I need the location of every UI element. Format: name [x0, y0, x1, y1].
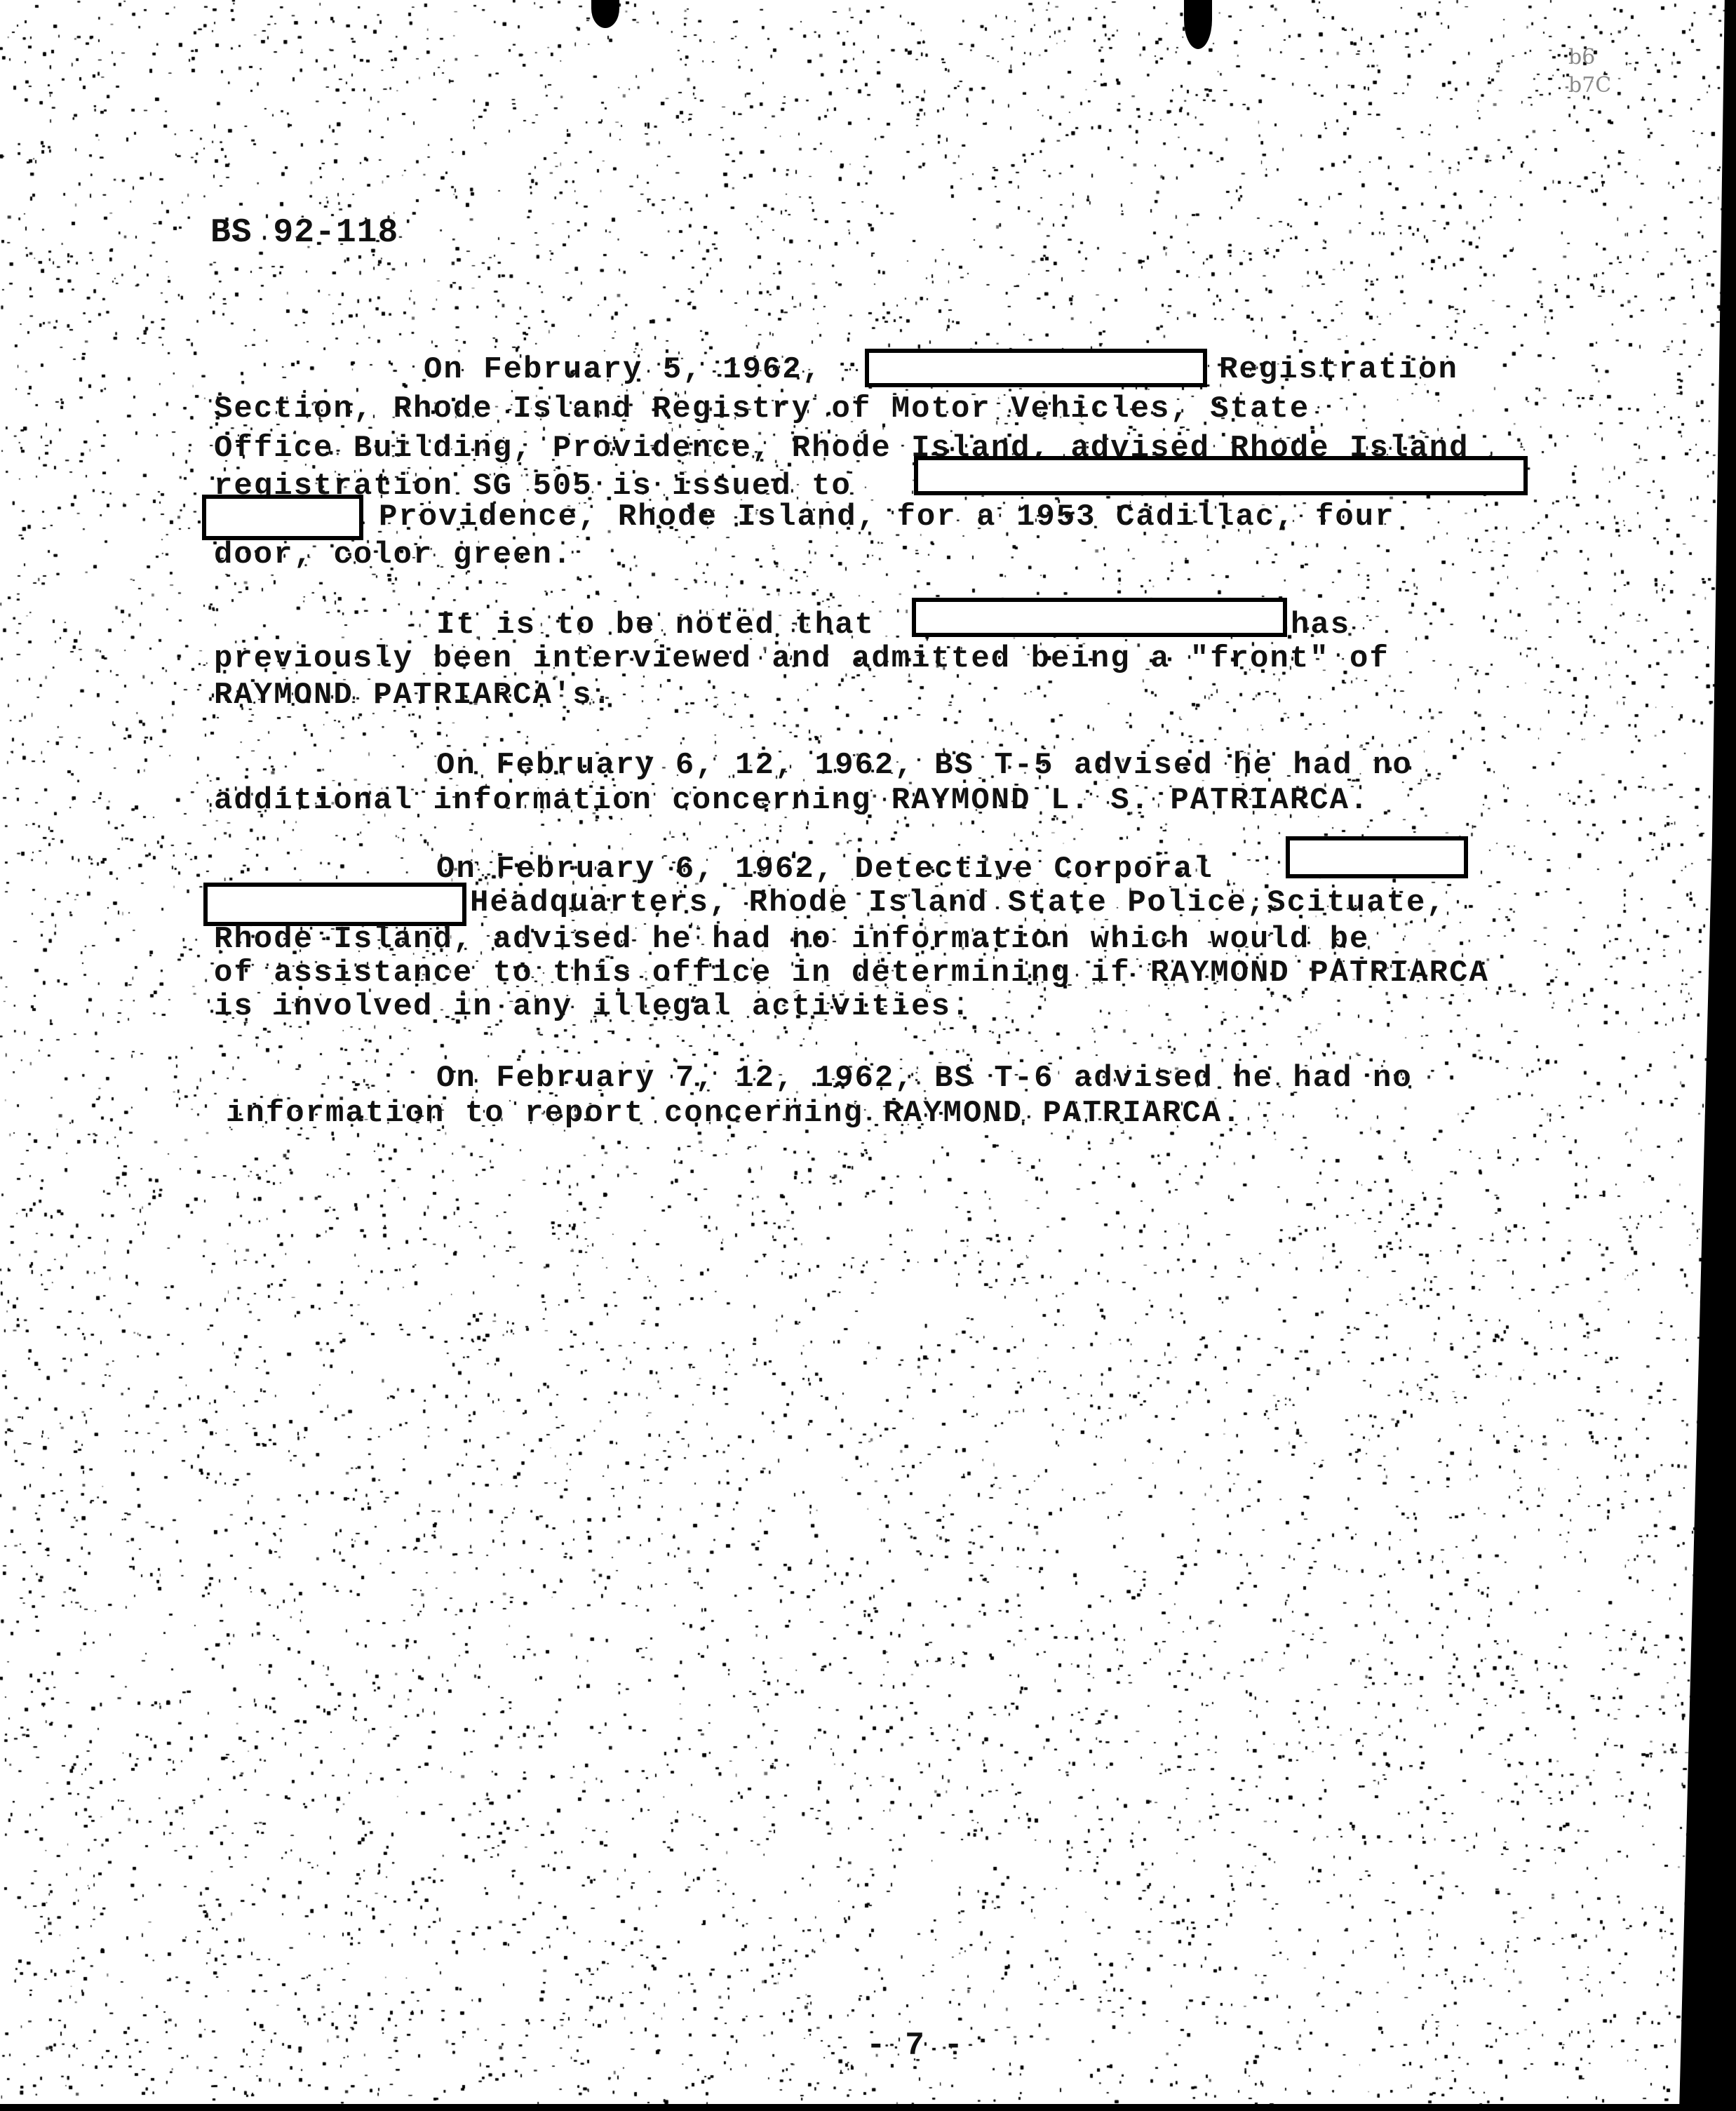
- text-line: additional information concerning RAYMON…: [214, 783, 1369, 818]
- text-line: of assistance to this office in determin…: [214, 956, 1489, 991]
- text-line: has: [1291, 608, 1350, 643]
- punch-hole-right: [1184, 0, 1212, 49]
- scanned-document-page: b6 b7C BS 92-118 On February 5, 1962, Re…: [0, 0, 1736, 2111]
- redaction-box: [912, 598, 1287, 637]
- text-line: is involved in any illegal activities.: [214, 989, 971, 1024]
- text-line: information to report concerning RAYMOND…: [226, 1096, 1242, 1131]
- file-number: BS 92-118: [210, 214, 398, 252]
- punch-hole-left: [591, 0, 619, 28]
- text-line: Providence, Rhode Island, for a 1953 Cad…: [379, 500, 1395, 535]
- redaction-box: [865, 349, 1207, 387]
- scan-edge-right: [1673, 0, 1736, 2111]
- text-line: Registration: [1219, 352, 1458, 387]
- text-line: door, color green.: [214, 537, 572, 572]
- redaction-box: [202, 495, 363, 540]
- text-line: On February 6, 12, 1962, BS T-5 advised …: [436, 748, 1413, 783]
- redaction-box: [203, 883, 466, 926]
- text-line: Section, Rhode Island Registry of Motor …: [214, 391, 1310, 427]
- text-line: Headquarters, Rhode Island State Police,…: [470, 885, 1446, 920]
- foia-exemption-b7c: b7C: [1568, 72, 1611, 100]
- redaction-box: [914, 456, 1528, 495]
- scan-edge-bottom: [0, 2104, 1736, 2111]
- text-line: On February 7, 12, 1962, BS T-6 advised …: [436, 1061, 1413, 1096]
- redaction-box: [1286, 836, 1468, 878]
- text-line: previously been interviewed and admitted…: [214, 641, 1390, 676]
- text-line: It is to be noted that: [436, 608, 875, 643]
- page-number: - 7 -: [866, 2028, 963, 2064]
- text-line: On February 5, 1962,: [424, 352, 822, 387]
- text-line: Rhode Island, advised he had no informat…: [214, 922, 1369, 957]
- text-line: RAYMOND PATRIARCA's.: [214, 678, 612, 713]
- foia-exemption-b6: b6: [1568, 43, 1595, 72]
- scan-noise-speckle: [0, 0, 1736, 2111]
- text-line: On February 6, 1962, Detective Corporal: [436, 852, 1213, 887]
